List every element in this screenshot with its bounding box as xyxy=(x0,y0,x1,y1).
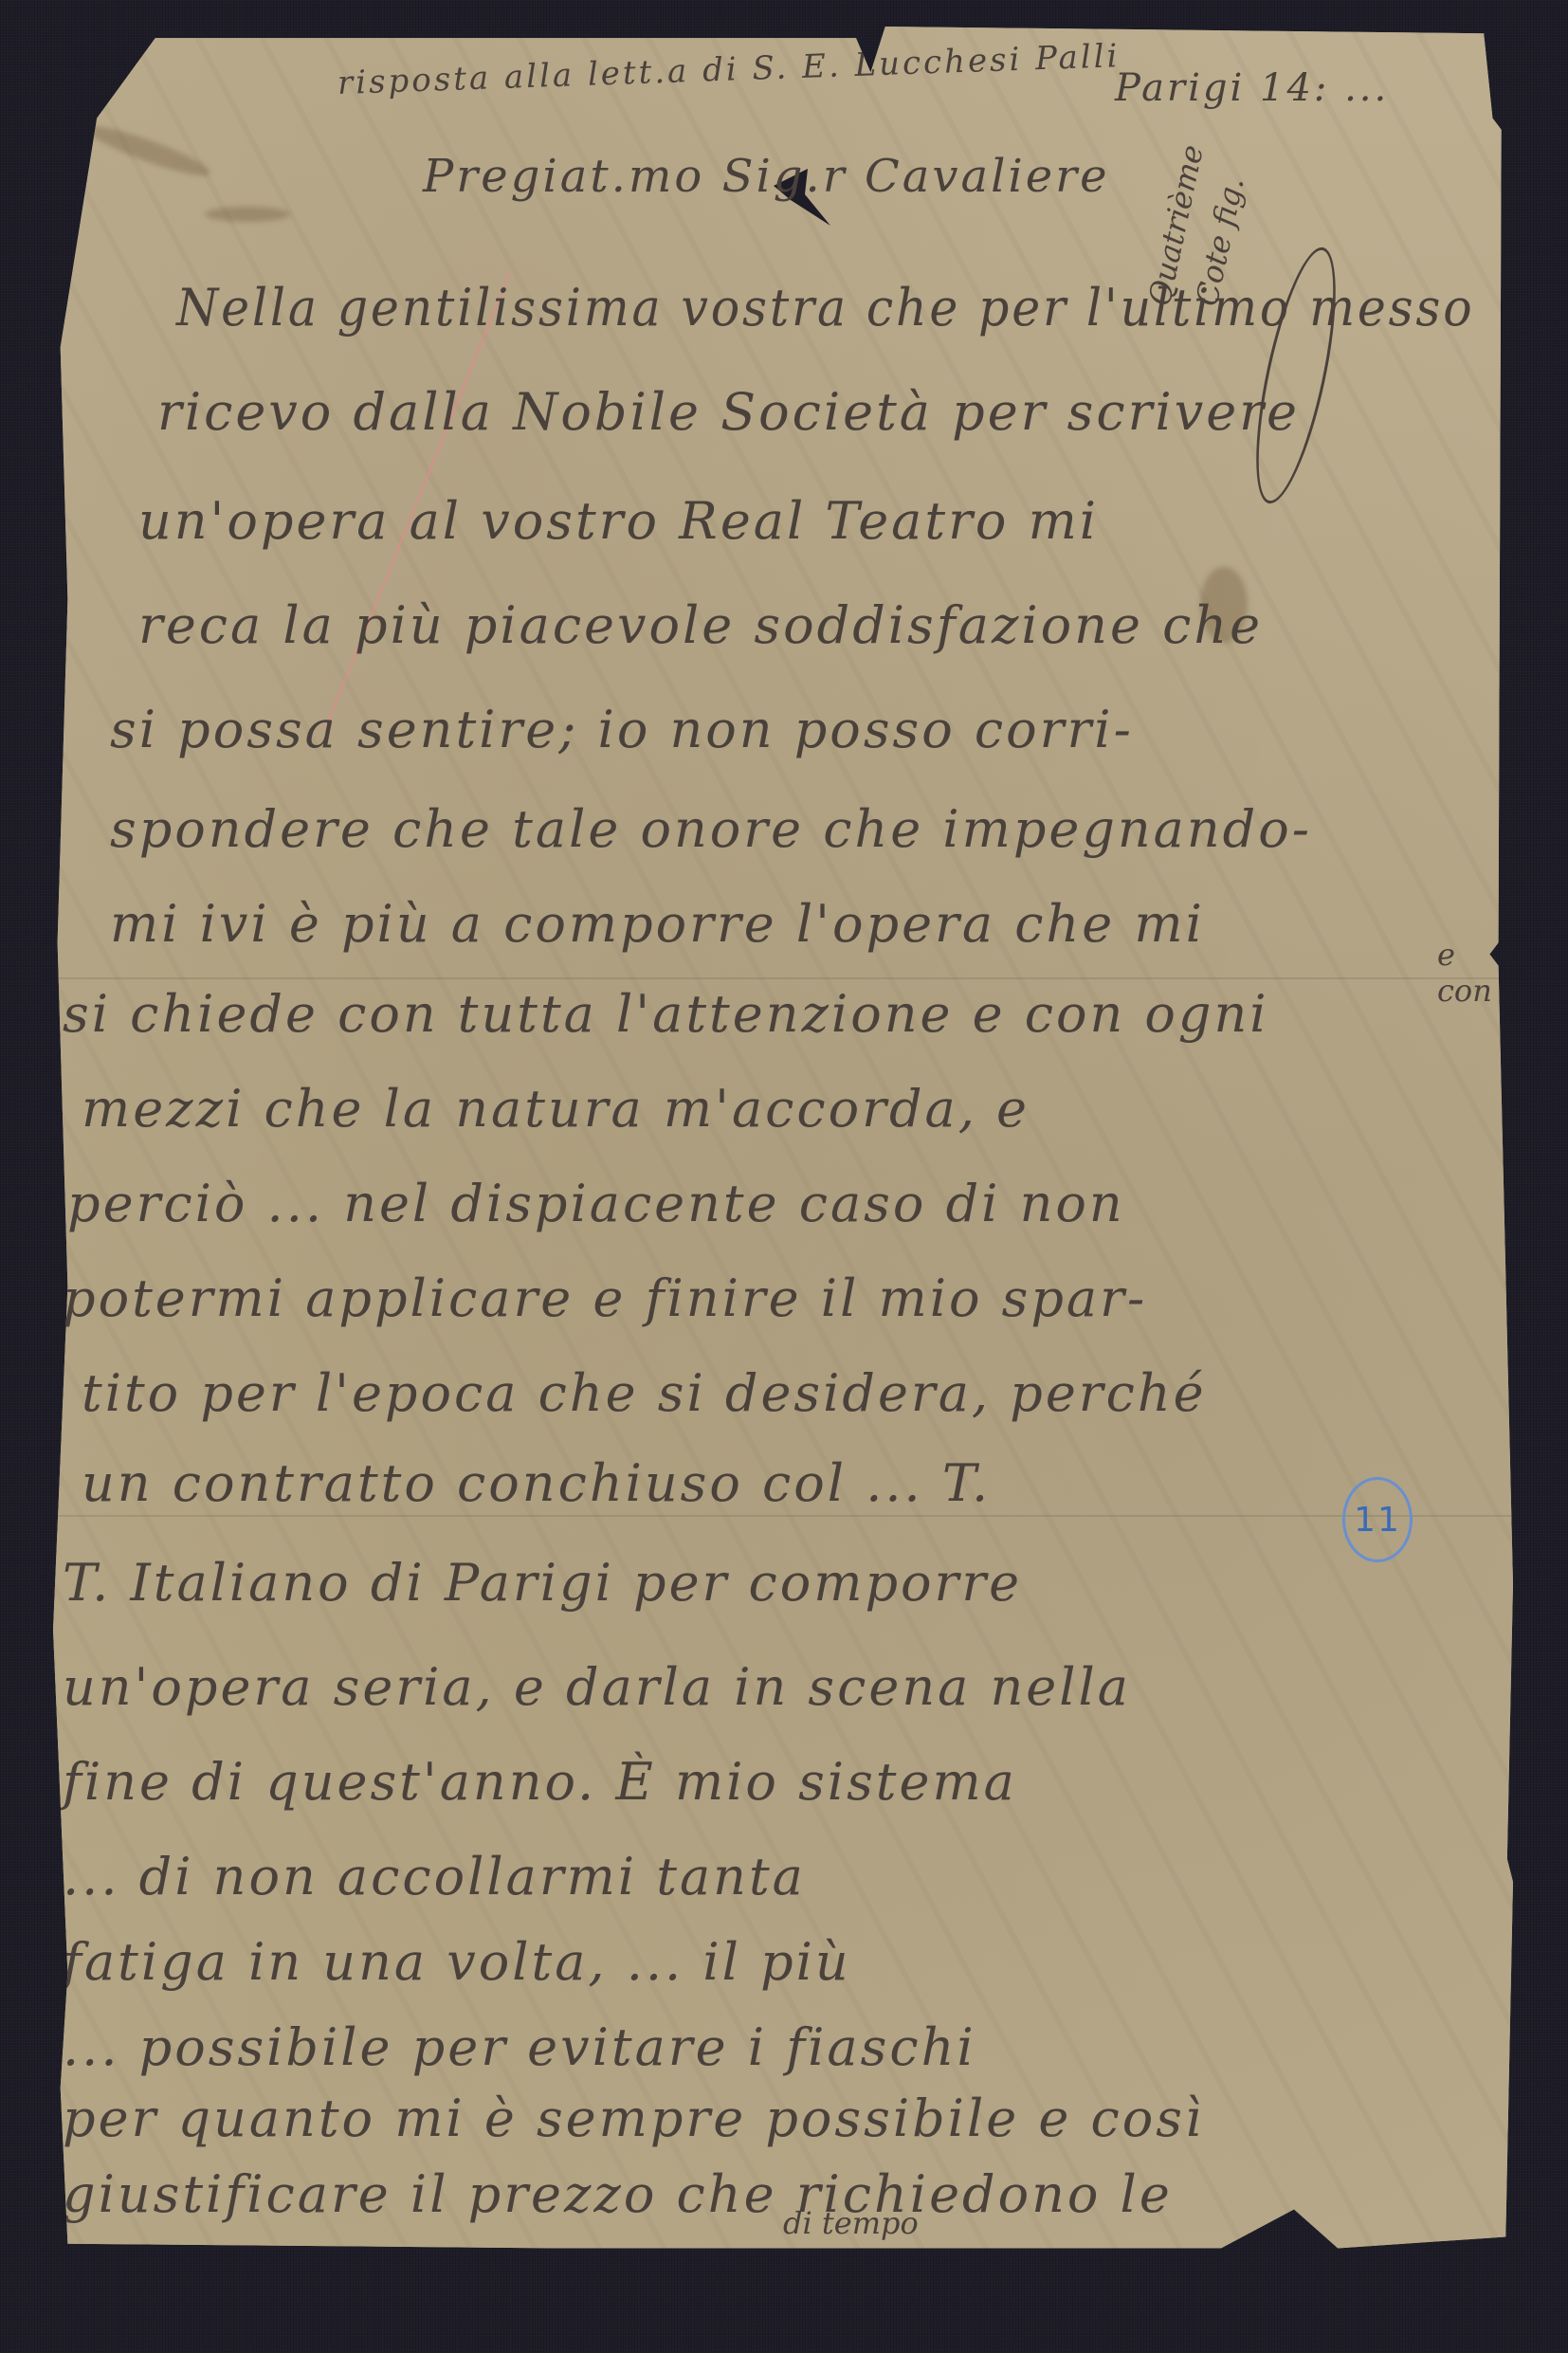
manuscript-page: risposta alla lett.a di S. E. Lucchesi P… xyxy=(53,27,1513,2317)
body-line-20: per quanto mi è sempre possibile e così xyxy=(63,2089,1204,2148)
fold-crease xyxy=(53,977,1513,979)
folio-number: 11 xyxy=(1342,1477,1413,1562)
body-line-10: perciò ... nel dispiacente caso di non xyxy=(67,1174,1125,1233)
body-line-22: mie opere, per l'impiego in ognuna ... xyxy=(63,2240,1145,2300)
header-left-note: risposta alla lett.a di S. E. Lucchesi P… xyxy=(337,37,1121,102)
body-line-5: si possa sentire; io non posso corri- xyxy=(110,700,1134,759)
fold-crease xyxy=(53,1515,1513,1517)
salutation: Pregiat.mo Sig.r Cavaliere xyxy=(423,150,1110,203)
body-line-14: T. Italiano di Parigi per comporre xyxy=(63,1553,1022,1613)
body-line-16: fine di quest'anno. È mio sistema xyxy=(63,1752,1017,1812)
body-line-13: un contratto conchiuso col ... T. xyxy=(82,1453,991,1513)
body-line-11: potermi applicare e finire il mio spar- xyxy=(63,1268,1147,1328)
ink-stain xyxy=(82,119,213,184)
body-line-4: reca la più piacevole soddisfazione che xyxy=(138,595,1263,655)
body-line-21: giustificare il prezzo che richiedono le xyxy=(63,2164,1173,2224)
body-line-6: spondere che tale onore che impegnando- xyxy=(110,799,1312,859)
body-line-3: un'opera al vostro Real Teatro mi xyxy=(138,491,1099,551)
body-line-17: ... di non accollarmi tanta xyxy=(63,1847,806,1906)
header-place-date: Parigi 14: ... xyxy=(1115,66,1389,110)
body-line-15: un'opera seria, e darla in scena nella xyxy=(63,1657,1131,1717)
body-line-12: tito per l'epoca che si desidera, perché xyxy=(82,1363,1207,1423)
body-line-18: fatiga in una volta, ... il più xyxy=(63,1932,851,1992)
body-line-2: ricevo dalla Nobile Società per scrivere xyxy=(157,382,1300,442)
body-line-1: Nella gentilissima vostra che per l'ulti… xyxy=(176,278,1474,337)
insertion-above-line-8: e con xyxy=(1437,937,1513,1009)
body-line-7: mi ivi è più a comporre l'opera che mi xyxy=(110,894,1205,954)
insertion-above-line-22: di tempo xyxy=(783,2205,919,2241)
ink-stain xyxy=(205,207,290,222)
body-line-9: mezzi che la natura m'accorda, e xyxy=(82,1079,1030,1139)
body-line-19: ... possibile per evitare i fiaschi xyxy=(63,2017,976,2077)
body-line-8: si chiede con tutta l'attenzione e con o… xyxy=(63,984,1269,1044)
